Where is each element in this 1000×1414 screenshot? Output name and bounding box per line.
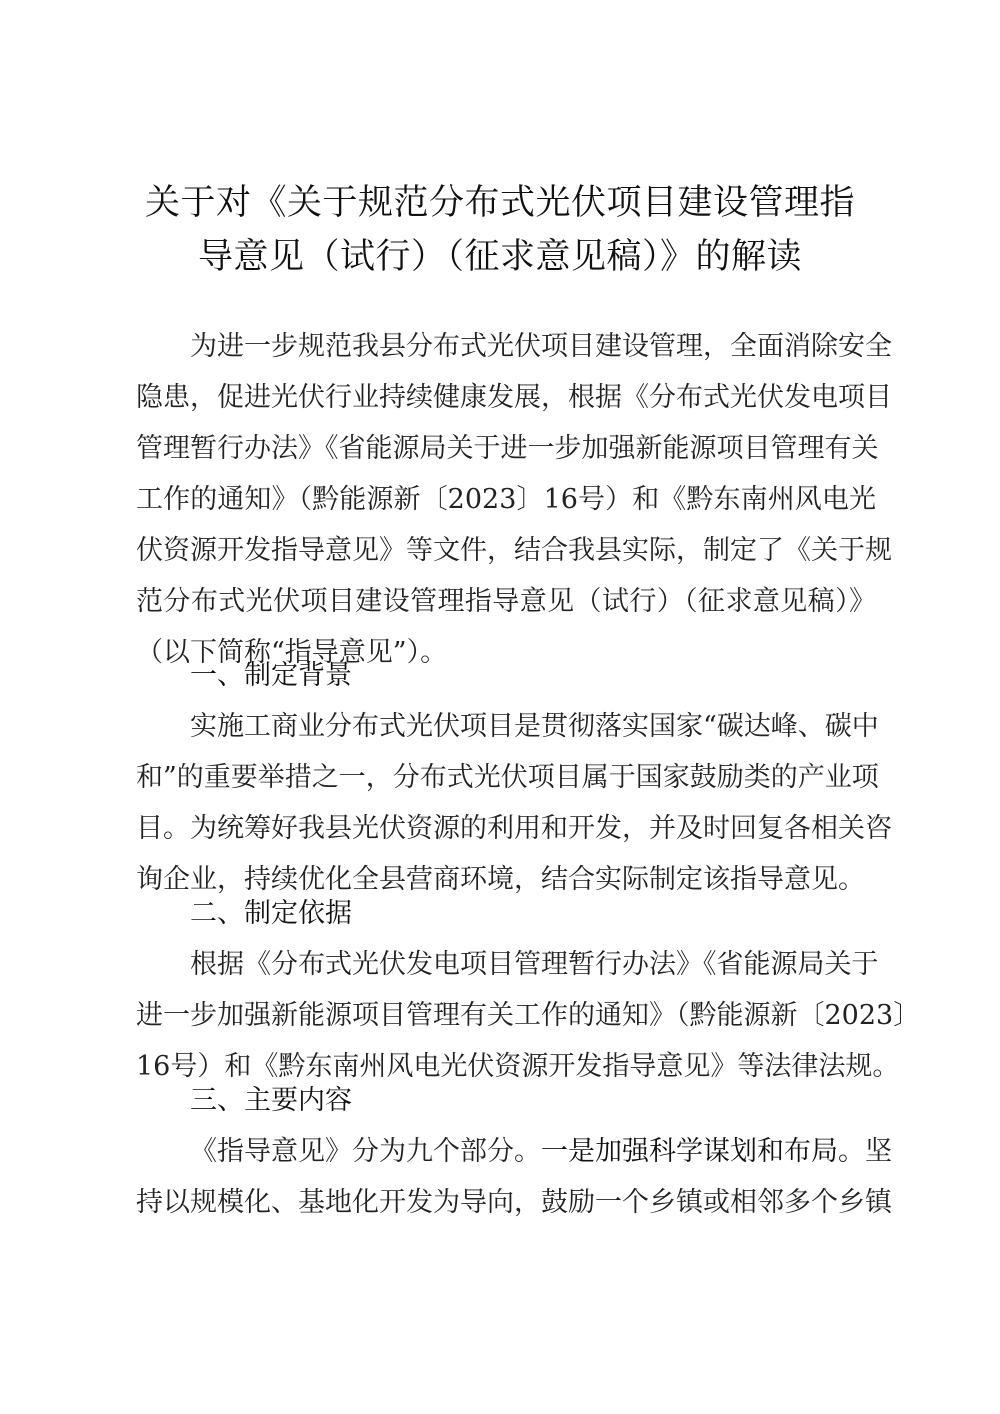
intro-paragraph-line: 管理暂行办法》《省能源局关于进一步加强新能源项目管理有关 bbox=[136, 424, 876, 474]
background-paragraph-line: 实施工商业分布式光伏项目是贯彻落实国家“碳达峰、碳中 bbox=[190, 702, 876, 752]
basis-paragraph-line: 进一步加强新能源项目管理有关工作的通知》（黔能源新〔2023〕 bbox=[136, 991, 876, 1041]
main-content-point-one: 一是加强科学谋划和布局。 bbox=[541, 1136, 865, 1167]
document-page: 关于对《关于规范分布式光伏项目建设管理指 导意见（试行）（征求意见稿）》的解读 … bbox=[0, 0, 1000, 1414]
intro-paragraph-line: 范分布式光伏项目建设管理指导意见（试行）（征求意见稿）》 bbox=[136, 577, 876, 627]
document-title-line-1: 关于对《关于规范分布式光伏项目建设管理指 bbox=[0, 174, 1000, 232]
background-paragraph-line: 和”的重要举措之一，分布式光伏项目属于国家鼓励类的产业项 bbox=[136, 753, 876, 803]
intro-paragraph-line: 为进一步规范我县分布式光伏项目建设管理，全面消除安全 bbox=[190, 322, 876, 372]
basis-paragraph-line: 根据《分布式光伏发电项目管理暂行办法》《省能源局关于 bbox=[190, 940, 876, 990]
document-title-line-2: 导意见（试行）（征求意见稿）》的解读 bbox=[0, 228, 1000, 286]
main-content-continuation: 坚 bbox=[865, 1136, 892, 1167]
background-paragraph-line: 目。为统筹好我县光伏资源的利用和开发，并及时回复各相关咨 bbox=[136, 804, 876, 854]
section-heading-basis: 二、制定依据 bbox=[190, 889, 352, 939]
section-heading-main-content: 三、主要内容 bbox=[190, 1076, 352, 1126]
intro-paragraph-line: 伏资源开发指导意见》等文件，结合我县实际，制定了《关于规 bbox=[136, 526, 876, 576]
section-heading-background: 一、制定背景 bbox=[190, 651, 352, 701]
main-content-paragraph-line: 《指导意见》分为九个部分。一是加强科学谋划和布局。坚 bbox=[190, 1127, 876, 1177]
main-content-paragraph-line: 持以规模化、基地化开发为导向，鼓励一个乡镇或相邻多个乡镇 bbox=[136, 1178, 876, 1228]
intro-paragraph-line: 隐患，促进光伏行业持续健康发展，根据《分布式光伏发电项目 bbox=[136, 373, 876, 423]
intro-paragraph-line: 工作的通知》（黔能源新〔2023〕16号）和《黔东南州风电光 bbox=[136, 475, 876, 525]
main-content-intro: 《指导意见》分为九个部分。 bbox=[190, 1136, 541, 1167]
